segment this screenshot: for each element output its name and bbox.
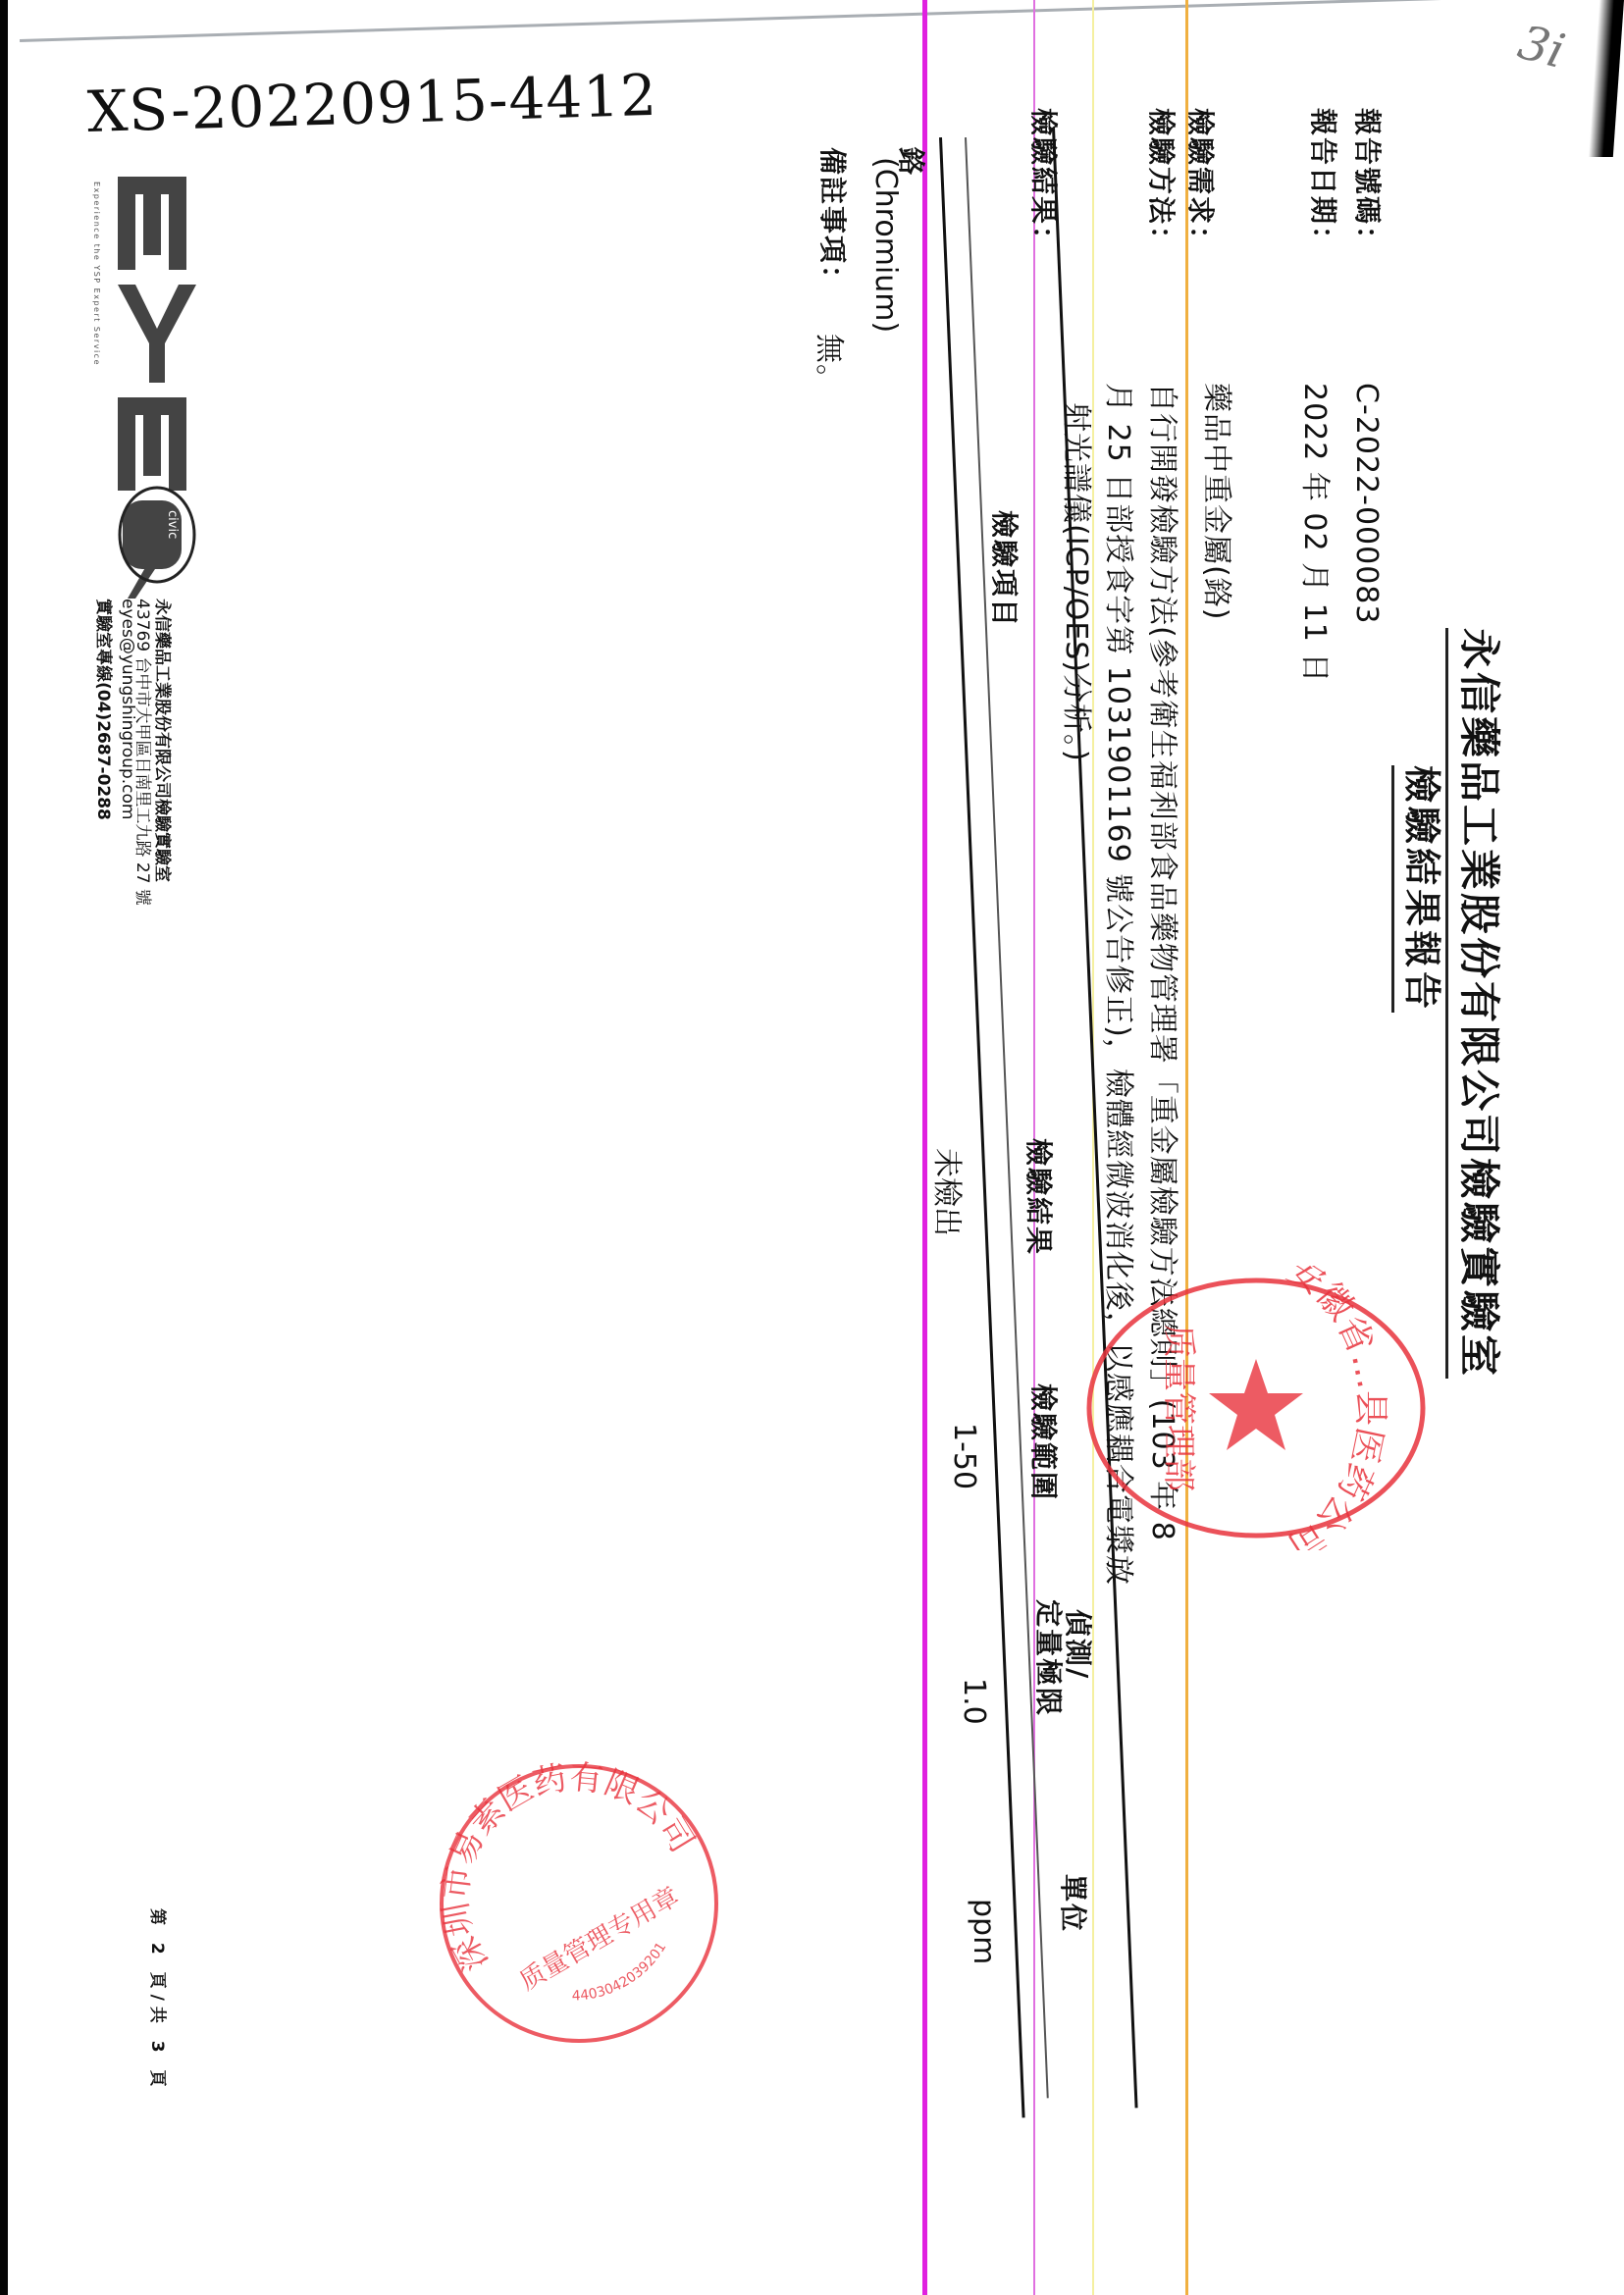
page-number: 第 2 頁/共 3 頁 [147, 1908, 172, 2093]
document-id: XS-20220915-4412 [86, 62, 658, 145]
remarks-value: 無。 [811, 334, 854, 394]
remarks-label: 備註事項： [814, 147, 854, 294]
svg-text:质量管理部: 质量管理部 [1159, 1325, 1198, 1491]
svg-text:civic: civic [165, 510, 180, 539]
header-lod-line2: 定量極限 [1030, 1599, 1070, 1717]
scan-rule [20, 0, 1608, 42]
table-row-lod: 1.0 [957, 1678, 991, 1725]
table-row-range: 1-50 [947, 1423, 981, 1489]
svg-text:质量管理专用章: 质量管理专用章 [515, 1882, 685, 1997]
header-item: 檢驗項目 [986, 510, 1025, 628]
quality-dept-stamp: 安徽省…县医药公司 质量管理部 [1079, 1266, 1433, 1550]
logo-tagline: Experience the YSP Expert Service [92, 182, 101, 366]
report-date-label: 報告日期： [1305, 108, 1344, 255]
company-quality-stamp: 深圳市易素医药有限公司 质量管理专用章 4403042039201 [432, 1756, 726, 2051]
report-date: 2022 年 02 月 11 日 [1296, 383, 1339, 683]
svg-text:安徽省…县医药公司: 安徽省…县医药公司 [1281, 1266, 1390, 1550]
footer-phone: 實驗室專線(04)2687-0288 [93, 599, 118, 820]
table-row-unit: ppm [967, 1899, 1001, 1964]
method-label: 檢驗方法： [1143, 108, 1182, 255]
organization-title: 永信藥品工業股份有限公司檢驗實驗室 [1445, 628, 1511, 1379]
header-result: 檢驗結果 [1021, 1138, 1060, 1256]
footer-email: eyes@yungshingroup.com [118, 599, 137, 819]
scan-edge-left [0, 0, 8, 2295]
scan-edge-right [1589, 0, 1624, 157]
report-number: C-2022-000083 [1349, 383, 1384, 624]
handwritten-mark: 3i [1513, 15, 1571, 79]
method-line-3: 射光譜儀(ICP/OES)分析。) [1058, 402, 1101, 762]
report-number-label: 報告號碼： [1349, 108, 1388, 255]
requirement: 藥品中重金屬(鉻) [1198, 383, 1241, 620]
header-range: 檢驗範圍 [1025, 1383, 1065, 1501]
table-rule-header [965, 137, 1049, 2098]
requirement-label: 檢驗需求： [1182, 108, 1222, 255]
table-row-result: 未檢出 [928, 1148, 971, 1236]
eyes-logo: civic [118, 167, 196, 599]
table-rule-bottom [939, 137, 1025, 2117]
report-title: 檢驗結果報告 [1391, 765, 1452, 1013]
table-row-item-en: (Chromium) [868, 157, 903, 333]
header-unit: 單位 [1055, 1874, 1094, 1933]
scan-streak [922, 0, 927, 2295]
